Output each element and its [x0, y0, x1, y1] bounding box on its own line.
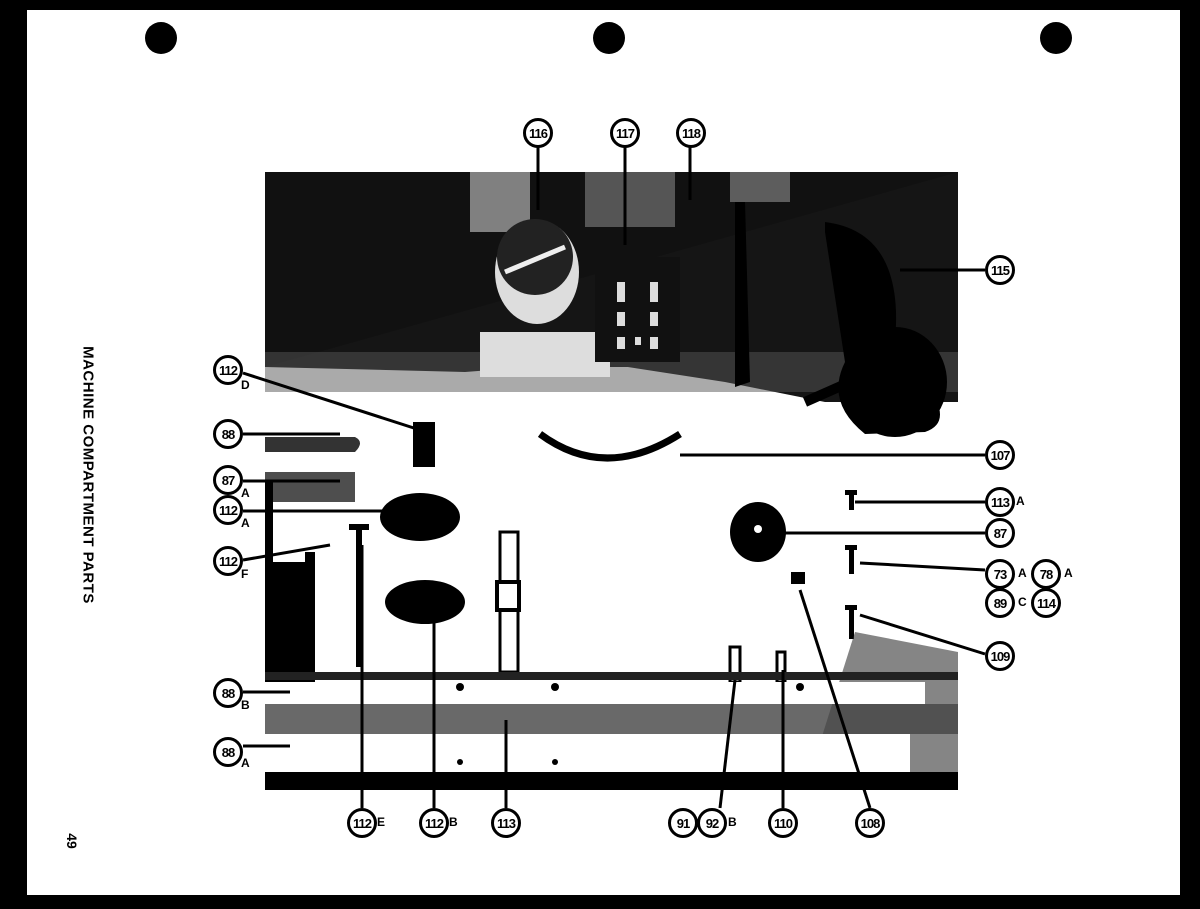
callout-73a-suffix: A [1018, 566, 1027, 580]
callout-112f-suffix: F [241, 567, 248, 581]
callout-107: 107 [985, 440, 1015, 470]
callout-88a-suffix: A [241, 756, 250, 770]
callout-88: 88 [213, 419, 243, 449]
callout-112d-suffix: D [241, 378, 250, 392]
callout-112a-suffix: A [241, 516, 250, 530]
callout-112f: 112 [213, 546, 243, 576]
callout-113a: 113 [985, 487, 1015, 517]
callout-118: 118 [676, 118, 706, 148]
callout-115: 115 [985, 255, 1015, 285]
callout-88b-suffix: B [241, 698, 250, 712]
callout-110: 110 [768, 808, 798, 838]
callout-92b-suffix: B [728, 815, 737, 829]
callout-116: 116 [523, 118, 553, 148]
callout-91: 91 [668, 808, 698, 838]
callout-113: 113 [491, 808, 521, 838]
callout-89c-suffix: C [1018, 595, 1027, 609]
callout-112d: 112 [213, 355, 243, 385]
callout-78a-suffix: A [1064, 566, 1073, 580]
callout-117: 117 [610, 118, 640, 148]
callout-73a: 73 [985, 559, 1015, 589]
callout-112a: 112 [213, 495, 243, 525]
callout-112b-suffix: B [449, 815, 458, 829]
callout-88b: 88 [213, 678, 243, 708]
callout-114: 114 [1031, 588, 1061, 618]
callout-87a: 87 [213, 465, 243, 495]
leader-lines [0, 0, 1200, 909]
callout-112e: 112 [347, 808, 377, 838]
callout-112b: 112 [419, 808, 449, 838]
callout-78a: 78 [1031, 559, 1061, 589]
callout-88a: 88 [213, 737, 243, 767]
callout-87a-suffix: A [241, 486, 250, 500]
callout-92b: 92 [697, 808, 727, 838]
callout-87: 87 [985, 518, 1015, 548]
callout-109: 109 [985, 641, 1015, 671]
callout-113a-suffix: A [1016, 494, 1025, 508]
callout-112e-suffix: E [377, 815, 385, 829]
callout-108: 108 [855, 808, 885, 838]
callout-89c: 89 [985, 588, 1015, 618]
